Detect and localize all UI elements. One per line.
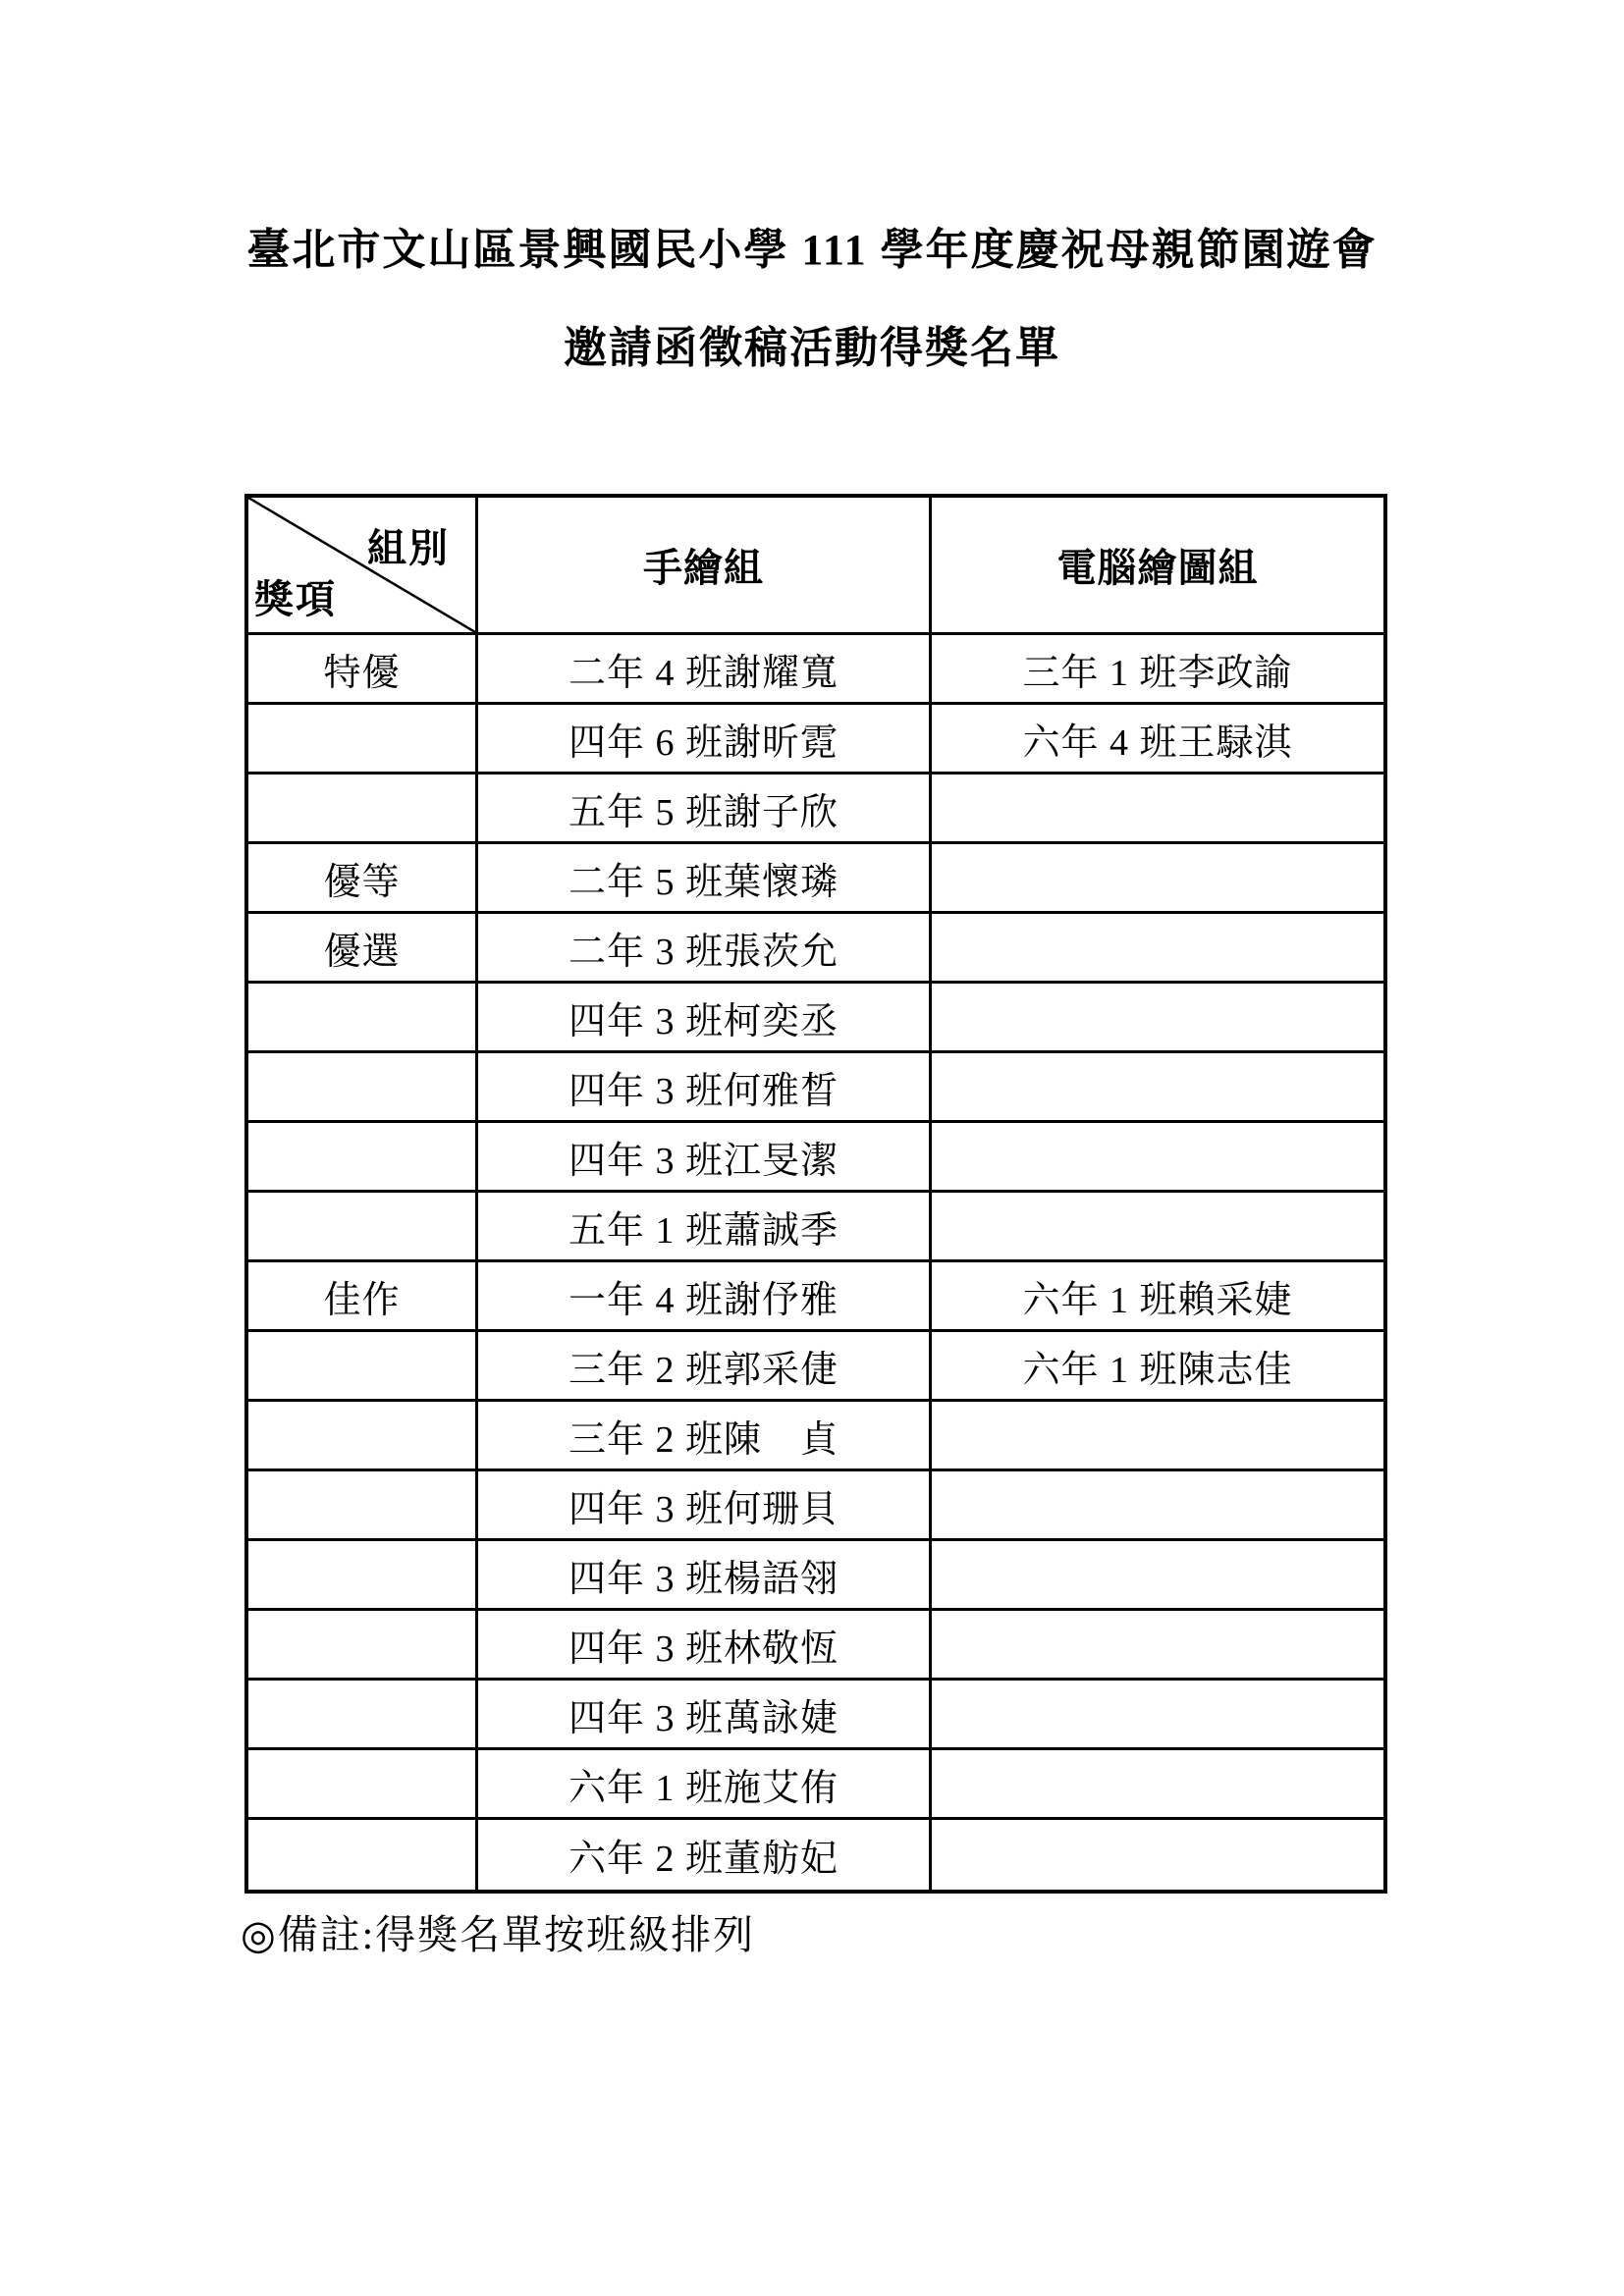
- award-label-cell: [248, 1332, 478, 1402]
- hand-drawn-winner-cell: 五年 1 班蕭誠季: [478, 1193, 932, 1262]
- award-label-cell: [248, 705, 478, 774]
- table-row: 四年 3 班柯奕丞: [248, 984, 1383, 1053]
- award-label-cell: [248, 1750, 478, 1820]
- award-label-cell: [248, 1611, 478, 1681]
- hand-drawn-winner-cell: 四年 3 班柯奕丞: [478, 984, 932, 1053]
- computer-graphics-winner-cell: [932, 984, 1383, 1053]
- table-row: 特優 二年 4 班謝耀寬 三年 1 班李政諭: [248, 635, 1383, 705]
- table-header-row: 組別 獎項 手繪組 電腦繪圖組: [248, 498, 1383, 635]
- computer-graphics-winner-cell: [932, 1053, 1383, 1123]
- award-table: 組別 獎項 手繪組 電腦繪圖組 特優 二年 4 班謝耀寬 三年 1 班李政諭 四…: [244, 494, 1387, 1894]
- hand-drawn-winner-cell: 四年 3 班楊語翎: [478, 1541, 932, 1611]
- computer-graphics-winner-cell: 六年 4 班王騄淇: [932, 705, 1383, 774]
- table-row: 四年 3 班林敬恆: [248, 1611, 1383, 1681]
- table-row: 五年 5 班謝子欣: [248, 774, 1383, 844]
- computer-graphics-winner-cell: [932, 1681, 1383, 1750]
- table-row: 五年 1 班蕭誠季: [248, 1193, 1383, 1262]
- award-label-cell: [248, 1193, 478, 1262]
- award-label-cell: [248, 1820, 478, 1890]
- computer-graphics-winner-cell: [932, 1123, 1383, 1193]
- table-row: 四年 6 班謝昕霓 六年 4 班王騄淇: [248, 705, 1383, 774]
- table-row: 六年 1 班施艾侑: [248, 1750, 1383, 1820]
- hand-drawn-winner-cell: 二年 5 班葉懷璘: [478, 844, 932, 914]
- award-label-cell: [248, 1123, 478, 1193]
- hand-drawn-winner-cell: 六年 2 班董舫妃: [478, 1820, 932, 1890]
- hand-drawn-winner-cell: 四年 3 班何雅晳: [478, 1053, 932, 1123]
- table-row: 優等 二年 5 班葉懷璘: [248, 844, 1383, 914]
- award-label-cell: [248, 984, 478, 1053]
- computer-graphics-winner-cell: [932, 914, 1383, 984]
- award-label-cell: 佳作: [248, 1262, 478, 1332]
- table-row: 四年 3 班何珊貝: [248, 1471, 1383, 1541]
- computer-graphics-winner-cell: 六年 1 班賴采婕: [932, 1262, 1383, 1332]
- hand-drawn-winner-cell: 三年 2 班郭采倢: [478, 1332, 932, 1402]
- award-label-cell: 優選: [248, 914, 478, 984]
- table-row: 四年 3 班何雅晳: [248, 1053, 1383, 1123]
- award-label-cell: 特優: [248, 635, 478, 705]
- hand-drawn-winner-cell: 四年 3 班江旻潔: [478, 1123, 932, 1193]
- award-label-cell: [248, 1541, 478, 1611]
- table-row: 三年 2 班郭采倢 六年 1 班陳志佳: [248, 1332, 1383, 1402]
- award-label-cell: [248, 1471, 478, 1541]
- computer-graphics-winner-cell: [932, 1820, 1383, 1890]
- award-label-cell: [248, 1402, 478, 1471]
- hand-drawn-winner-cell: 二年 3 班張茨允: [478, 914, 932, 984]
- hand-drawn-winner-cell: 四年 3 班林敬恆: [478, 1611, 932, 1681]
- document-page: 臺北市文山區景興國民小學 111 學年度慶祝母親節園遊會 邀請函徵稿活動得獎名單…: [0, 0, 1624, 2296]
- table-corner-cell: 組別 獎項: [248, 498, 478, 635]
- hand-drawn-winner-cell: 四年 6 班謝昕霓: [478, 705, 932, 774]
- hand-drawn-winner-cell: 六年 1 班施艾侑: [478, 1750, 932, 1820]
- hand-drawn-winner-cell: 四年 3 班萬詠婕: [478, 1681, 932, 1750]
- column-header-computer-graphics: 電腦繪圖組: [932, 498, 1383, 635]
- computer-graphics-winner-cell: 三年 1 班李政諭: [932, 635, 1383, 705]
- computer-graphics-winner-cell: [932, 1541, 1383, 1611]
- computer-graphics-winner-cell: [932, 1471, 1383, 1541]
- hand-drawn-winner-cell: 五年 5 班謝子欣: [478, 774, 932, 844]
- table-row: 優選 二年 3 班張茨允: [248, 914, 1383, 984]
- table-row: 四年 3 班江旻潔: [248, 1123, 1383, 1193]
- computer-graphics-winner-cell: [932, 844, 1383, 914]
- computer-graphics-winner-cell: [932, 1193, 1383, 1262]
- hand-drawn-winner-cell: 四年 3 班何珊貝: [478, 1471, 932, 1541]
- computer-graphics-winner-cell: [932, 1402, 1383, 1471]
- hand-drawn-winner-cell: 一年 4 班謝伃雅: [478, 1262, 932, 1332]
- award-label-cell: [248, 1053, 478, 1123]
- document-title-line2: 邀請函徵稿活動得獎名單: [0, 312, 1624, 375]
- table-row: 三年 2 班陳 貞: [248, 1402, 1383, 1471]
- computer-graphics-winner-cell: [932, 1750, 1383, 1820]
- footer-note: ◎備註:得獎名單按班級排列: [241, 1902, 755, 1960]
- hand-drawn-winner-cell: 三年 2 班陳 貞: [478, 1402, 932, 1471]
- column-header-hand-drawn: 手繪組: [478, 498, 932, 635]
- table-row: 六年 2 班董舫妃: [248, 1820, 1383, 1890]
- table-row: 四年 3 班楊語翎: [248, 1541, 1383, 1611]
- table-row: 佳作 一年 4 班謝伃雅 六年 1 班賴采婕: [248, 1262, 1383, 1332]
- computer-graphics-winner-cell: 六年 1 班陳志佳: [932, 1332, 1383, 1402]
- table-row: 四年 3 班萬詠婕: [248, 1681, 1383, 1750]
- computer-graphics-winner-cell: [932, 1611, 1383, 1681]
- award-label-cell: [248, 774, 478, 844]
- corner-label-group: 組別: [367, 517, 450, 573]
- document-title-line1: 臺北市文山區景興國民小學 111 學年度慶祝母親節園遊會: [0, 214, 1624, 277]
- award-label-cell: 優等: [248, 844, 478, 914]
- award-label-cell: [248, 1681, 478, 1750]
- corner-label-award: 獎項: [254, 568, 337, 624]
- computer-graphics-winner-cell: [932, 774, 1383, 844]
- hand-drawn-winner-cell: 二年 4 班謝耀寬: [478, 635, 932, 705]
